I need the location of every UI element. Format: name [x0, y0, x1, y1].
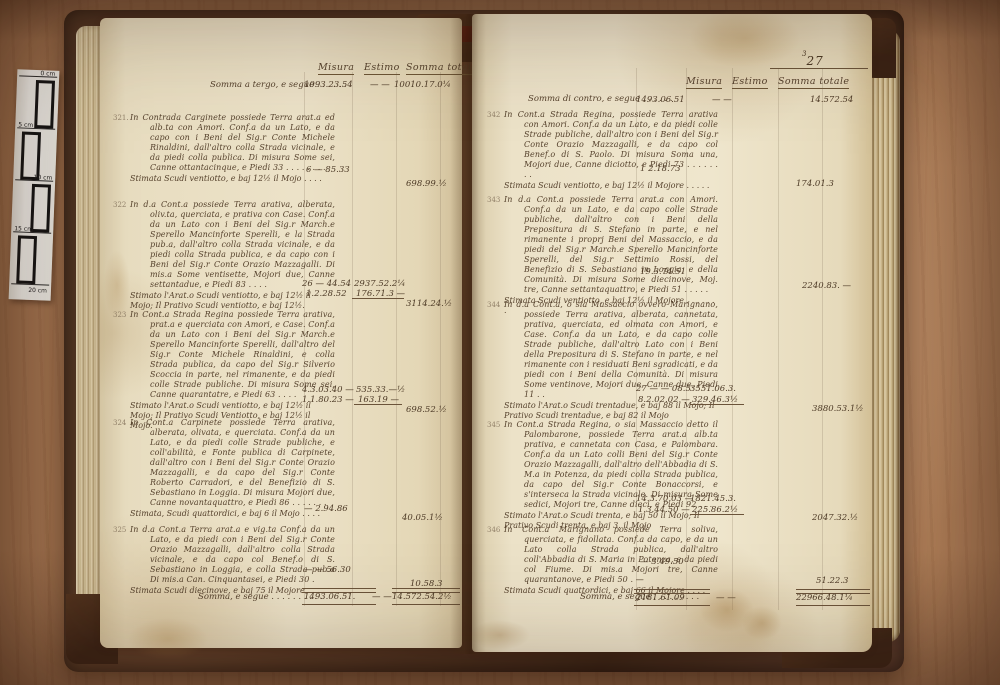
misura-value: 1.2.28.52 [306, 289, 347, 299]
misura-value: 19.3.74.51 [640, 267, 686, 277]
misura-value: 6 — 85.33 [306, 165, 350, 175]
total-rule [302, 604, 376, 605]
carry-dash: — — [370, 80, 390, 90]
entry-description: In Cont.a Strada Regina, possiede Terra … [504, 110, 718, 180]
somma-value: 174.01.3 [796, 179, 834, 189]
column-rule [352, 72, 353, 606]
total-rule [634, 605, 710, 606]
register-entry: 321. In Contrada Carginete possiede Terr… [130, 113, 335, 184]
entry-description: In d.a Cont.a possiede Terra arativa, al… [130, 200, 335, 290]
sum-rule [354, 404, 402, 405]
carry-misura-value: 1093.23.54 [304, 80, 353, 90]
column-header-misura: Misura [686, 76, 722, 89]
somma-value: 51.22.3 [816, 576, 848, 586]
register-entry: 325 In d.a Cont.a Terra arat.a e vig.ta … [130, 525, 335, 596]
column-header-somma-totale: Somma totale [406, 62, 477, 75]
entry-number: 344 [487, 301, 500, 309]
misura-value: 1.1.80.23 — [302, 395, 354, 405]
column-header-somma-totale: Somma totale [778, 76, 849, 89]
register-entry: 346 In Cont.a Marignano possiede Terra s… [504, 525, 718, 596]
entry-number: 342 [487, 111, 500, 119]
column-header-estimo: Estimo [732, 76, 768, 89]
misura-value: 1.3.44.50 — [638, 505, 690, 515]
folio-rule [770, 68, 868, 69]
sum-rule [352, 298, 404, 299]
entry-number: 346 [487, 526, 500, 534]
entry-number: 325 [113, 526, 126, 534]
carry-dash: — — [712, 95, 732, 105]
register-entry: 323 In Cont.a Strada Regina possiede Ter… [130, 310, 335, 431]
entry-description: In Cont.a Carpinete possiede Terra arati… [130, 418, 335, 508]
sum-rule [690, 514, 744, 515]
somma-value: 40.05.1½ [402, 513, 443, 523]
column-rule [396, 72, 397, 606]
column-header-estimo: Estimo [364, 62, 400, 75]
ruler-label: 10 cm [33, 174, 52, 182]
carry-somma-value: 14.572.54 [810, 95, 853, 105]
misura-value: 14.3.70.03 — [636, 494, 693, 504]
page-total-somma: 14.572.54.2½ [392, 592, 452, 602]
entry-description: In d.a Cont.a possiede Terra arat.a con … [504, 195, 718, 295]
entry-number: 324 [113, 419, 126, 427]
somma-value: 2240.83. — [802, 281, 851, 291]
register-entry: 343 In d.a Cont.a possiede Terra arat.a … [504, 195, 718, 316]
misura-value: 27 — — 08.5 [636, 384, 691, 394]
entry-number: 321. [113, 114, 129, 122]
entry-valuation: Stimato l'Arat.o Scudi ventiotto, e baj … [130, 291, 335, 311]
ruler-bar [16, 235, 37, 284]
total-rule [796, 605, 870, 606]
page-total-dash: — — [716, 593, 736, 603]
ruler-tick [11, 283, 49, 285]
entry-valuation: Stimata Scudi ventiotto, e baj 12½ il Mo… [130, 174, 335, 184]
ruler-bar [20, 132, 41, 181]
page-total-somma: 22966.48.1¼ [796, 593, 853, 603]
folio-number: 327 [802, 50, 824, 69]
sum-rule [690, 404, 744, 405]
ruler-bar [34, 80, 55, 129]
somma-value: 3114.24.½ [406, 299, 452, 309]
entry-number: 322 [113, 201, 126, 209]
misura-value: 26 — 44.54 [302, 279, 351, 289]
entry-number: 343 [487, 196, 500, 204]
ruler-label: 5 cm [18, 121, 33, 129]
misura-value: — 3.49.50 [640, 557, 684, 567]
entry-number: 345 [487, 421, 500, 429]
column-rule [732, 68, 733, 610]
carry-misura-value: 1493.06.51 [636, 95, 685, 105]
estimo-value: 535.33.—½ [356, 385, 405, 395]
entry-description: In Contrada Carginete possiede Terra ara… [130, 113, 335, 173]
column-rule [778, 68, 779, 610]
somma-value: 698.52.½ [406, 405, 447, 415]
right-page: 327 Misura Estimo Somma totale Somma di … [472, 14, 872, 652]
ruler-label: 0 cm [40, 70, 55, 78]
column-rule [822, 68, 823, 610]
ruler-label: 15 cm [14, 225, 33, 233]
ruler-label: 20 cm [28, 287, 47, 295]
page-total-misura: 2181.61.09 [636, 593, 685, 603]
column-header-misura: Misura [318, 62, 354, 75]
misura-value: — 2.94.86 [304, 504, 348, 514]
page-total-misura: 1493.06.51. [304, 592, 355, 602]
entry-valuation: Stimata Scudi ventiotto, e baj 12½ il Mo… [504, 181, 718, 191]
misura-value: 4.3.03.40 — [302, 385, 354, 395]
misura-value: 1 2.18.73 [640, 164, 681, 174]
misura-value: — — 56.30 [304, 565, 351, 575]
estimo-value: 3551.06.3. [690, 384, 736, 394]
estimo-value: 1821.45.3. [690, 494, 736, 504]
entry-number: 323 [113, 311, 126, 319]
photo-scale-ruler: 0 cm 5 cm 10 cm 15 cm 20 cm [9, 69, 60, 300]
register-entry: 322 In d.a Cont.a possiede Terra arativa… [130, 200, 335, 311]
entry-description: In d.a Cont.a Terra arat.a e vig.ta Conf… [130, 525, 335, 585]
left-page: Misura Estimo Somma totale Somma a tergo… [100, 18, 462, 648]
photo-of-open-manuscript: { "scene": { "description": "Open 18th-c… [0, 0, 1000, 685]
carry-somma-value: 10010.17.0¼ [394, 80, 451, 90]
register-entry: 342 In Cont.a Strada Regina, possiede Te… [504, 110, 718, 191]
entry-description: In Cont.a Marignano possiede Terra soliv… [504, 525, 718, 585]
misura-value: 8.2.02.02 — [638, 395, 690, 405]
somma-value: 3880.53.1½ [812, 404, 864, 414]
total-rule [392, 604, 460, 605]
somma-value: 698.99.½ [406, 179, 447, 189]
estimo-value: 2937.52.2¼ [354, 279, 406, 289]
column-rule [440, 72, 441, 606]
somma-value: 2047.32.½ [812, 513, 858, 523]
page-total-dash: — — [372, 592, 392, 602]
